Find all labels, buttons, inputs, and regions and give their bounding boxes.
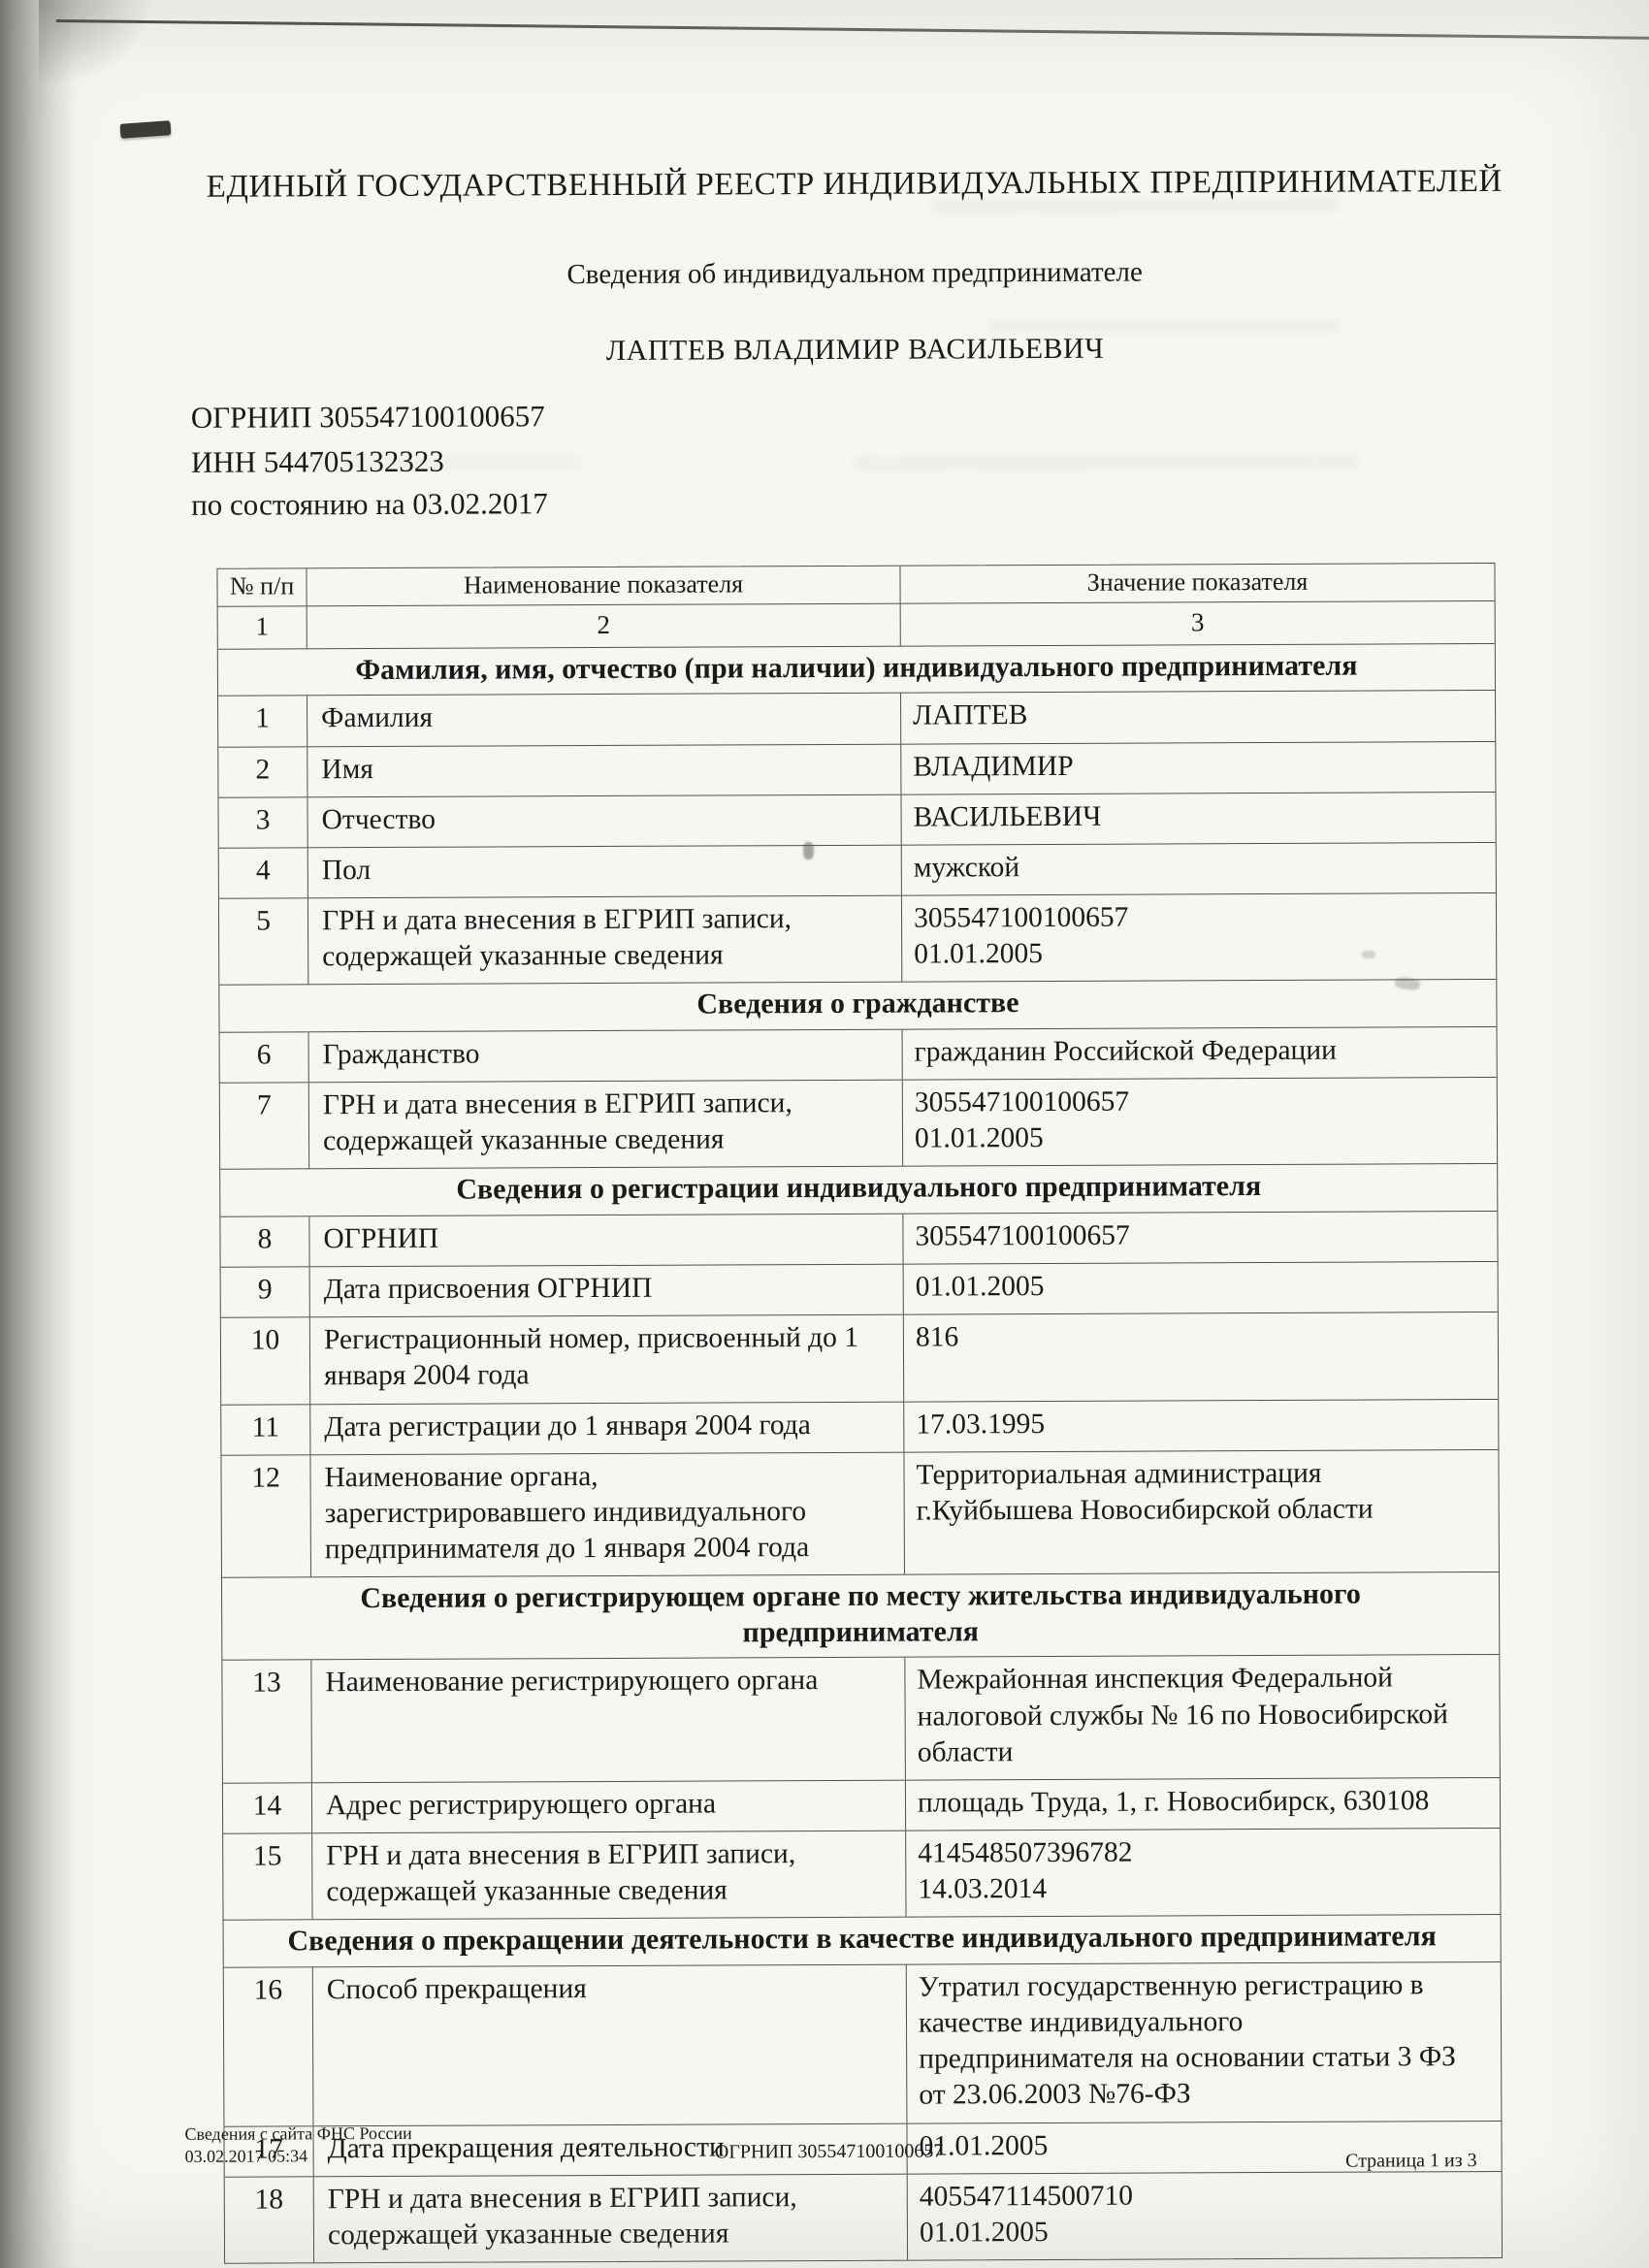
row-indicator-name: Отчество [307,794,901,847]
document-page: ЕДИНЫЙ ГОСУДАРСТВЕННЫЙ РЕЕСТР ИНДИВИДУАЛ… [0,0,1649,2268]
row-indicator-value: Утратил государственную регистрацию в ка… [907,1962,1502,2122]
table-row: 7ГРН и дата внесения в ЕГРИП записи, сод… [220,1078,1497,1170]
table-column-numbers-row: 1 2 3 [218,601,1495,650]
section-header-row: Сведения о регистрирующем органе по мест… [222,1572,1499,1661]
row-indicator-value: 305547100100657 01.01.2005 [902,893,1496,982]
table-row: 14Адрес регистрирующего органаплощадь Тр… [223,1778,1500,1834]
row-indicator-value: 305547100100657 [903,1212,1497,1264]
section-header-row: Фамилия, имя, отчество (при наличии) инд… [218,644,1495,697]
row-indicator-name: Гражданство [309,1030,903,1083]
row-indicator-value: Территориальная администрация г.Куйбышев… [904,1450,1499,1574]
row-indicator-value: 17.03.1995 [904,1400,1498,1452]
row-number: 18 [225,2177,314,2263]
table-row: 1ФамилияЛАПТЕВ [218,691,1495,747]
table-row: 10Регистрационный номер, присвоенный до … [221,1312,1498,1405]
row-number: 6 [220,1032,309,1083]
column-number: 1 [218,606,307,648]
entrepreneur-name: ЛАПТЕВ ВЛАДИМИР ВАСИЛЬЕВИЧ [30,330,1649,370]
column-header-indicator-name: Наименование показателя [307,567,900,605]
table-body: Фамилия, имя, отчество (при наличии) инд… [218,644,1502,2263]
row-number: 12 [221,1455,311,1577]
section-header-row: Сведения о регистрации индивидуального п… [220,1164,1497,1216]
row-indicator-value: 816 [904,1312,1498,1401]
document-title: ЕДИНЫЙ ГОСУДАРСТВЕННЫЙ РЕЕСТР ИНДИВИДУАЛ… [30,163,1649,206]
as-of-date-line: по состоянию на 03.02.2017 [191,486,548,523]
row-indicator-name: ГРН и дата внесения в ЕГРИП записи, соде… [314,2174,908,2262]
column-header-number: № п/п [217,568,307,605]
table-row: 8ОГРНИП305547100100657 [220,1212,1497,1268]
document-subtitle: Сведения об индивидуальном предпринимате… [30,254,1649,293]
row-indicator-value: ВАСИЛЬЕВИЧ [901,793,1495,845]
row-number: 11 [221,1405,310,1455]
scan-smudge-artifact [803,842,814,859]
inn-line: ИНН 544705132323 [191,444,444,480]
row-indicator-value: Межрайонная инспекция Федеральной налого… [905,1655,1500,1779]
row-number: 16 [224,1967,314,2125]
table-row: 13Наименование регистрирующего органаМеж… [222,1655,1500,1783]
paper-corner-shadow [39,0,155,87]
row-indicator-value: 414548507396782 14.03.2014 [906,1829,1500,1917]
row-indicator-name: ОГРНИП [309,1215,903,1267]
row-number: 14 [223,1783,312,1833]
row-indicator-name: Дата присвоения ОГРНИП [310,1265,904,1317]
row-indicator-name: Наименование регистрирующего органа [311,1658,906,1782]
row-indicator-value: ЛАПТЕВ [901,691,1495,743]
row-indicator-value: ВЛАДИМИР [901,741,1495,794]
row-indicator-value: 01.01.2005 [904,1262,1498,1314]
row-number: 9 [221,1267,310,1317]
row-number: 2 [218,747,307,797]
row-number: 4 [219,848,308,898]
row-indicator-name: Способ прекращения [313,1965,908,2125]
ogrnip-line: ОГРНИП 305547100100657 [191,399,545,436]
scanner-edge-shadow [0,0,76,2268]
row-indicator-value: гражданин Российской Федерации [903,1027,1497,1080]
table-row: 18ГРН и дата внесения в ЕГРИП записи, со… [225,2172,1502,2263]
row-number: 13 [222,1661,312,1783]
register-table: № п/п Наименование показателя Значение п… [216,563,1503,2264]
section-header-row: Сведения о прекращении деятельности в ка… [224,1915,1501,1967]
row-indicator-name: Наименование органа, зарегистрировавшего… [310,1452,905,1576]
section-header-row: Сведения о гражданстве [219,980,1496,1032]
row-indicator-name: Дата регистрации до 1 января 2004 года [310,1402,904,1454]
row-indicator-name: Имя [307,744,901,796]
row-indicator-value: мужской [902,843,1496,895]
table-header-row: № п/п Наименование показателя Значение п… [217,564,1494,606]
row-number: 15 [223,1833,312,1920]
column-number: 2 [307,603,901,648]
table-row: 2ИмяВЛАДИМИР [218,741,1495,797]
row-indicator-name: ГРН и дата внесения в ЕГРИП записи, соде… [308,896,902,985]
table-row: 16Способ прекращенияУтратил государствен… [224,1962,1502,2126]
row-number: 5 [219,898,308,985]
row-number: 8 [220,1216,309,1267]
column-number: 3 [901,601,1495,646]
table-row: 5ГРН и дата внесения в ЕГРИП записи, сод… [219,893,1496,986]
table-row: 12Наименование органа, зарегистрировавше… [221,1450,1499,1578]
row-indicator-name: ГРН и дата внесения в ЕГРИП записи, соде… [309,1081,903,1169]
table-row: 11Дата регистрации до 1 января 2004 года… [221,1400,1498,1456]
table-row: 6Гражданствогражданин Российской Федерац… [220,1027,1497,1084]
row-number: 1 [218,697,307,747]
table-row: 9Дата присвоения ОГРНИП01.01.2005 [221,1262,1498,1318]
row-indicator-name: Регистрационный номер, присвоенный до 1 … [310,1315,904,1404]
table-row: 4Полмужской [219,843,1496,899]
scan-smudge-artifact [1362,951,1375,958]
row-number: 7 [220,1083,309,1169]
table-row: 3ОтчествоВАСИЛЬЕВИЧ [218,793,1495,849]
row-indicator-value: 305547100100657 01.01.2005 [903,1078,1497,1166]
table-row: 15ГРН и дата внесения в ЕГРИП записи, со… [223,1829,1500,1921]
row-indicator-value: 405547114500710 01.01.2005 [908,2172,1502,2260]
row-indicator-name: Фамилия [307,694,901,746]
row-indicator-name: Адрес регистрирующего органа [312,1780,906,1832]
page-indicator: Страница 1 из 3 [1345,2149,1477,2174]
row-indicator-value: площадь Труда, 1, г. Новосибирск, 630108 [906,1778,1500,1831]
column-header-indicator-value: Значение показателя [900,564,1494,602]
row-number: 3 [218,797,307,848]
row-indicator-name: ГРН и дата внесения в ЕГРИП записи, соде… [312,1831,906,1920]
row-number: 10 [221,1318,310,1405]
